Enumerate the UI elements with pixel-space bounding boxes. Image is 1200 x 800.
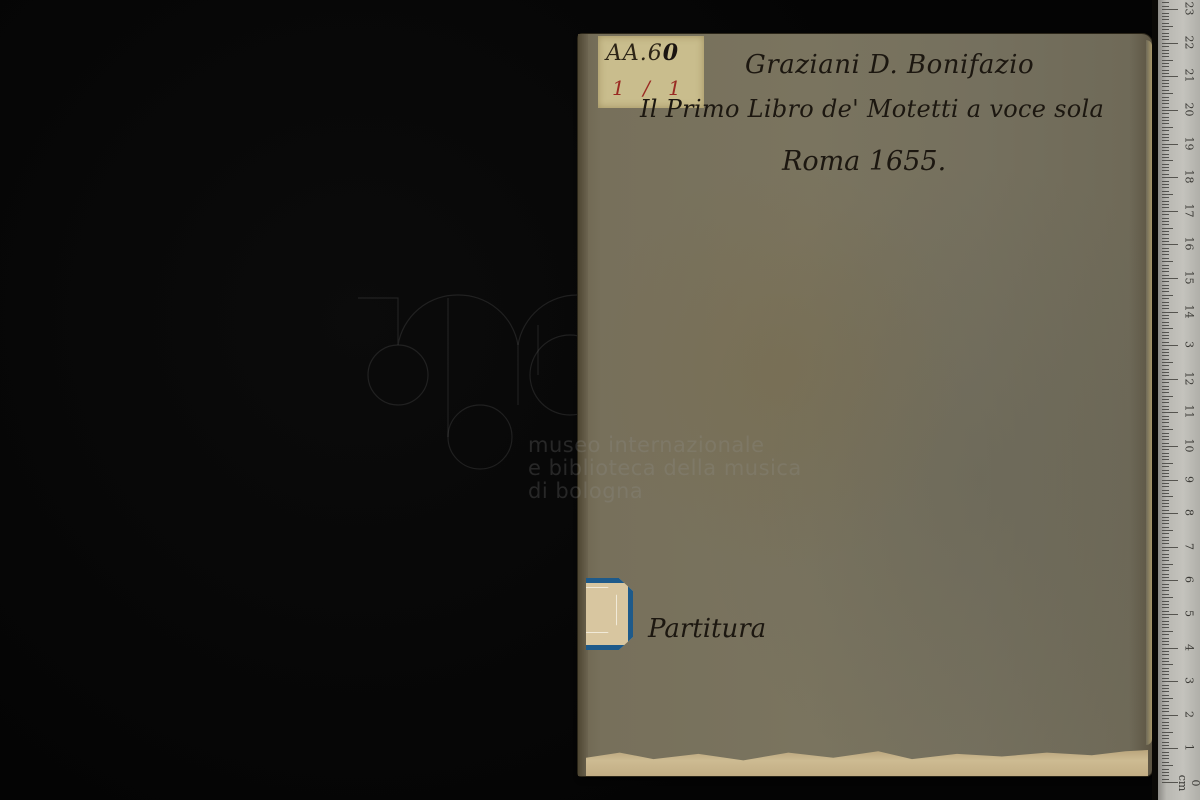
ruler-tick xyxy=(1162,308,1169,309)
ruler-number: 14 xyxy=(1183,302,1196,320)
ruler-tick xyxy=(1162,459,1169,460)
ruler-tick xyxy=(1162,261,1173,262)
ruler-tick xyxy=(1162,587,1169,588)
ruler-tick xyxy=(1162,758,1169,759)
ruler-tick xyxy=(1162,204,1169,205)
ruler-tick xyxy=(1162,701,1169,702)
ruler-tick xyxy=(1162,533,1169,534)
ruler-tick xyxy=(1162,527,1169,528)
ruler-tick xyxy=(1162,584,1169,585)
ruler-tick xyxy=(1162,170,1169,171)
ruler-tick xyxy=(1162,641,1169,642)
ruler-tick xyxy=(1162,543,1169,544)
ruler-tick xyxy=(1162,187,1169,188)
ruler-tick xyxy=(1162,389,1169,390)
ruler-tick xyxy=(1162,506,1169,507)
ruler-number: 7 xyxy=(1183,537,1196,555)
ruler-tick xyxy=(1162,97,1169,98)
watermark-line-3: di bologna xyxy=(528,480,643,502)
ruler-tick xyxy=(1162,369,1169,370)
ruler-tick xyxy=(1162,782,1178,783)
ruler-tick xyxy=(1162,728,1169,729)
ruler-tick xyxy=(1162,234,1169,235)
ruler-tick xyxy=(1162,352,1169,353)
ruler-tick xyxy=(1162,503,1169,504)
ruler-tick xyxy=(1162,29,1169,30)
ruler-tick xyxy=(1162,26,1173,27)
ruler-tick xyxy=(1162,480,1178,481)
ruler-number: 18 xyxy=(1183,168,1196,186)
ruler-tick xyxy=(1162,355,1169,356)
ruler-tick xyxy=(1162,597,1173,598)
ruler-tick xyxy=(1162,150,1169,151)
ruler-tick xyxy=(1162,681,1178,682)
ruler-tick xyxy=(1162,490,1169,491)
ruler-tick xyxy=(1162,130,1169,131)
ruler-number: 20 xyxy=(1183,101,1196,119)
ruler-tick xyxy=(1162,80,1169,81)
ruler-tick xyxy=(1162,577,1169,578)
ruler-tick xyxy=(1162,221,1169,222)
ruler-tick xyxy=(1162,748,1178,749)
ruler-tick xyxy=(1162,312,1178,313)
ruler-number: 2 xyxy=(1183,705,1196,723)
ruler-tick xyxy=(1162,9,1178,10)
ruler-tick xyxy=(1162,103,1169,104)
ruler-tick xyxy=(1162,93,1173,94)
ruler-tick xyxy=(1162,624,1169,625)
ruler-tick xyxy=(1162,117,1169,118)
watermark-line-1: museo internazionale xyxy=(528,434,765,456)
ruler-number: 22 xyxy=(1183,33,1196,51)
ruler-tick xyxy=(1162,547,1178,548)
ruler-tick xyxy=(1162,654,1169,655)
ruler-number: 8 xyxy=(1183,504,1196,522)
ruler-number: 1 xyxy=(1183,739,1196,757)
shelfmark-last-digit: 0 xyxy=(663,40,679,66)
ruler-tick xyxy=(1162,510,1169,511)
ruler-tick xyxy=(1162,607,1169,608)
ruler-tick xyxy=(1162,123,1169,124)
ruler-tick xyxy=(1162,382,1169,383)
ruler-tick xyxy=(1162,315,1169,316)
ruler-tick xyxy=(1162,379,1178,380)
ruler-tick xyxy=(1162,231,1169,232)
ruler-tick xyxy=(1162,268,1169,269)
ruler-tick xyxy=(1162,594,1169,595)
ruler-tick xyxy=(1162,285,1169,286)
ruler-tick xyxy=(1162,755,1169,756)
ruler-tick xyxy=(1162,197,1169,198)
ruler-tick xyxy=(1162,375,1169,376)
ruler-number: 12 xyxy=(1183,369,1196,387)
ruler-tick xyxy=(1162,473,1169,474)
ruler-number: 11 xyxy=(1183,403,1196,421)
ruler-tick xyxy=(1162,439,1169,440)
ruler-tick xyxy=(1162,658,1169,659)
ruler-tick xyxy=(1162,76,1178,77)
shelfmark-code: AA.60 xyxy=(606,40,679,66)
ruler-tick xyxy=(1162,426,1169,427)
ruler-tick xyxy=(1162,43,1178,44)
ruler-tick xyxy=(1162,691,1169,692)
ruler-tick xyxy=(1162,207,1169,208)
ruler-tick xyxy=(1162,752,1169,753)
ruler-tick xyxy=(1162,305,1169,306)
ruler-tick xyxy=(1162,476,1169,477)
ruler-tick xyxy=(1162,265,1169,266)
ruler-tick xyxy=(1162,769,1169,770)
ruler-tick xyxy=(1162,53,1169,54)
ruler-tick xyxy=(1162,107,1169,108)
ruler-tick xyxy=(1162,372,1169,373)
ruler-number: 6 xyxy=(1183,571,1196,589)
ruler-tick xyxy=(1162,73,1169,74)
ruler-tick xyxy=(1162,604,1169,605)
ruler-tick xyxy=(1162,238,1169,239)
cover-author: Graziani D. Bonifazio xyxy=(745,50,1034,80)
ruler-number: 19 xyxy=(1183,134,1196,152)
ruler-tick xyxy=(1162,83,1169,84)
ruler-tick xyxy=(1162,318,1169,319)
ruler-tick xyxy=(1162,742,1169,743)
ruler-tick xyxy=(1162,520,1169,521)
ruler-number: 21 xyxy=(1183,67,1196,85)
ruler-tick xyxy=(1162,248,1169,249)
ruler-tick xyxy=(1162,113,1169,114)
ruler-tick xyxy=(1162,678,1169,679)
ruler-tick xyxy=(1162,144,1178,145)
ruler-tick xyxy=(1162,705,1169,706)
ruler-tick xyxy=(1162,258,1169,259)
ruler-tick xyxy=(1162,345,1178,346)
ruler-tick xyxy=(1162,134,1169,135)
ruler-tick xyxy=(1162,711,1169,712)
ruler-tick xyxy=(1162,765,1173,766)
ruler-tick xyxy=(1162,392,1169,393)
ruler-tick xyxy=(1162,732,1173,733)
ruler-tick xyxy=(1162,500,1169,501)
scale-ruler: 0 cm 12345678910111231415161718192021222… xyxy=(1158,0,1200,800)
ruler-tick xyxy=(1162,513,1178,514)
ruler-tick xyxy=(1162,325,1169,326)
ruler-tick xyxy=(1162,110,1178,111)
ruler-tick xyxy=(1162,493,1169,494)
ruler-tick xyxy=(1162,16,1169,17)
ruler-tick xyxy=(1162,302,1169,303)
ruler-tick xyxy=(1162,648,1178,649)
ruler-tick xyxy=(1162,278,1178,279)
ruler-tick xyxy=(1162,530,1173,531)
ruler-tick xyxy=(1162,211,1178,212)
ruler-tick xyxy=(1162,735,1169,736)
ruler-tick xyxy=(1162,644,1169,645)
ruler-tick xyxy=(1162,738,1169,739)
ruler-tick xyxy=(1162,386,1169,387)
ruler-tick xyxy=(1162,157,1169,158)
ruler-number: 15 xyxy=(1183,269,1196,287)
ruler-tick xyxy=(1162,590,1169,591)
ruler-tick xyxy=(1162,463,1173,464)
ruler-tick xyxy=(1162,409,1169,410)
library-sticker xyxy=(586,578,633,650)
ruler-tick xyxy=(1162,560,1169,561)
ruler-tick xyxy=(1162,218,1169,219)
ruler-tick xyxy=(1162,23,1169,24)
ruler-tick xyxy=(1162,540,1169,541)
ruler-tick xyxy=(1162,496,1173,497)
ruler-tick xyxy=(1162,224,1169,225)
ruler-tick xyxy=(1162,2,1169,3)
ruler-tick xyxy=(1162,19,1169,20)
ruler-tick xyxy=(1162,718,1169,719)
ruler-tick xyxy=(1162,436,1169,437)
ruler-tick xyxy=(1162,406,1169,407)
ruler-tick xyxy=(1162,137,1169,138)
cover-place-date: Roma 1655. xyxy=(782,146,946,177)
ruler-tick xyxy=(1162,402,1169,403)
ruler-tick xyxy=(1162,399,1169,400)
ruler-tick xyxy=(1162,567,1169,568)
ruler-tick xyxy=(1162,416,1169,417)
ruler-tick xyxy=(1162,433,1169,434)
ruler-tick xyxy=(1162,66,1169,67)
ruler-tick xyxy=(1162,429,1173,430)
ruler-tick xyxy=(1162,60,1173,61)
ruler-tick xyxy=(1162,537,1169,538)
ruler-tick xyxy=(1162,100,1169,101)
ruler-tick xyxy=(1162,580,1178,581)
ruler-tick xyxy=(1162,140,1169,141)
ruler-tick xyxy=(1162,412,1178,413)
ruler-tick xyxy=(1162,365,1169,366)
book-spine-edge xyxy=(578,34,588,776)
ruler-tick xyxy=(1162,33,1169,34)
ruler-tick xyxy=(1162,698,1173,699)
ruler-tick xyxy=(1162,254,1169,255)
ruler-tick xyxy=(1162,228,1173,229)
ruler-number: 9 xyxy=(1183,470,1196,488)
ruler-tick xyxy=(1162,322,1169,323)
ruler-tick xyxy=(1162,564,1173,565)
ruler-tick xyxy=(1162,517,1169,518)
ruler-tick xyxy=(1162,194,1173,195)
ruler-tick xyxy=(1162,453,1169,454)
ruler-tick xyxy=(1162,611,1169,612)
ruler-tick xyxy=(1162,288,1169,289)
ruler-tick xyxy=(1162,362,1173,363)
ruler-tick xyxy=(1162,271,1169,272)
ruler-tick xyxy=(1162,772,1169,773)
ruler-tick xyxy=(1162,349,1169,350)
ruler-tick xyxy=(1162,617,1169,618)
ruler-tick xyxy=(1162,779,1169,780)
ruler-tick xyxy=(1162,90,1169,91)
ruler-tick xyxy=(1162,601,1169,602)
ruler-tick xyxy=(1162,456,1169,457)
ruler-tick xyxy=(1162,722,1169,723)
ruler-tick xyxy=(1162,160,1173,161)
ruler-number: 3 xyxy=(1183,672,1196,690)
ruler-tick xyxy=(1162,695,1169,696)
ruler-number: 23 xyxy=(1183,0,1196,18)
ruler-tick xyxy=(1162,523,1169,524)
ruler-tick xyxy=(1162,685,1169,686)
ruler-tick xyxy=(1162,661,1169,662)
ruler-tick xyxy=(1162,674,1169,675)
ruler-tick xyxy=(1162,668,1169,669)
ruler-tick xyxy=(1162,745,1169,746)
ruler-tick xyxy=(1162,574,1169,575)
ruler-tick xyxy=(1162,127,1173,128)
ruler-number: 5 xyxy=(1183,605,1196,623)
ruler-tick xyxy=(1162,449,1169,450)
ruler-tick xyxy=(1162,621,1169,622)
ruler-tick xyxy=(1162,46,1169,47)
ruler-number: 16 xyxy=(1183,235,1196,253)
ruler-tick xyxy=(1162,446,1178,447)
ruler-tick xyxy=(1162,298,1169,299)
ruler-tick xyxy=(1162,36,1169,37)
ruler-tick xyxy=(1162,550,1169,551)
ruler-tick xyxy=(1162,638,1169,639)
ruler-tick xyxy=(1162,13,1169,14)
ruler-tick xyxy=(1162,688,1169,689)
ruler-tick xyxy=(1162,154,1169,155)
ruler-tick xyxy=(1162,419,1169,420)
ruler-tick xyxy=(1162,715,1178,716)
ruler-number: 4 xyxy=(1183,638,1196,656)
ruler-tick xyxy=(1162,342,1169,343)
ruler-tick xyxy=(1162,295,1173,296)
ruler-tick xyxy=(1162,466,1169,467)
ruler-tick xyxy=(1162,164,1169,165)
ruler-tick xyxy=(1162,483,1169,484)
ruler-tick xyxy=(1162,338,1169,339)
ruler-tick xyxy=(1162,244,1178,245)
ruler-tick xyxy=(1162,664,1173,665)
ruler-tick xyxy=(1162,214,1169,215)
ruler-tick xyxy=(1162,50,1169,51)
ruler-tick xyxy=(1162,147,1169,148)
ruler-tick xyxy=(1162,332,1169,333)
ruler-number: 17 xyxy=(1183,201,1196,219)
ruler-tick xyxy=(1162,251,1169,252)
ruler-tick xyxy=(1162,167,1169,168)
ruler-tick xyxy=(1162,775,1169,776)
watermark-line-2: e biblioteca della musica xyxy=(528,457,802,479)
ruler-tick xyxy=(1162,177,1178,178)
ruler-tick xyxy=(1162,6,1169,7)
ruler-tick xyxy=(1162,201,1169,202)
ruler-number: 10 xyxy=(1183,437,1196,455)
ruler-tick xyxy=(1162,708,1169,709)
ruler-tick xyxy=(1162,627,1169,628)
ruler-tick xyxy=(1162,181,1169,182)
ruler-tick xyxy=(1162,443,1169,444)
ruler-number: 3 xyxy=(1183,336,1196,354)
ruler-tick xyxy=(1162,470,1169,471)
ruler-tick xyxy=(1162,291,1169,292)
ruler-tick xyxy=(1162,359,1169,360)
ruler-tick xyxy=(1162,631,1173,632)
ruler-tick xyxy=(1162,634,1169,635)
cover-title: Il Primo Libro de' Motetti a voce sola xyxy=(640,95,1104,123)
ruler-tick xyxy=(1162,486,1169,487)
ruler-tick xyxy=(1162,554,1169,555)
ruler-tick xyxy=(1162,191,1169,192)
ruler-tick xyxy=(1162,120,1169,121)
ruler-tick xyxy=(1162,762,1169,763)
shelfmark-text: AA.6 xyxy=(606,41,663,66)
ruler-unit-label: 0 cm xyxy=(1176,774,1200,792)
ruler-tick xyxy=(1162,422,1169,423)
ruler-tick xyxy=(1162,335,1169,336)
cover-note-partitura: Partitura xyxy=(648,614,766,644)
ruler-tick xyxy=(1162,281,1169,282)
ruler-tick xyxy=(1162,63,1169,64)
ruler-tick xyxy=(1162,725,1169,726)
ruler-tick xyxy=(1162,174,1169,175)
sticker-inner-border xyxy=(586,587,617,633)
ruler-tick xyxy=(1162,671,1169,672)
ruler-tick xyxy=(1162,39,1169,40)
ruler-tick xyxy=(1162,86,1169,87)
ruler-tick xyxy=(1162,184,1169,185)
ruler-tick xyxy=(1162,651,1169,652)
ruler-tick xyxy=(1162,328,1173,329)
ruler-tick xyxy=(1162,557,1169,558)
book-page-edges xyxy=(586,750,1148,776)
ruler-tick xyxy=(1162,56,1169,57)
ruler-tick xyxy=(1162,396,1173,397)
ruler-tick xyxy=(1162,275,1169,276)
ruler-tick xyxy=(1162,70,1169,71)
ruler-tick xyxy=(1162,570,1169,571)
ruler-tick xyxy=(1162,614,1178,615)
ruler-tick xyxy=(1162,241,1169,242)
